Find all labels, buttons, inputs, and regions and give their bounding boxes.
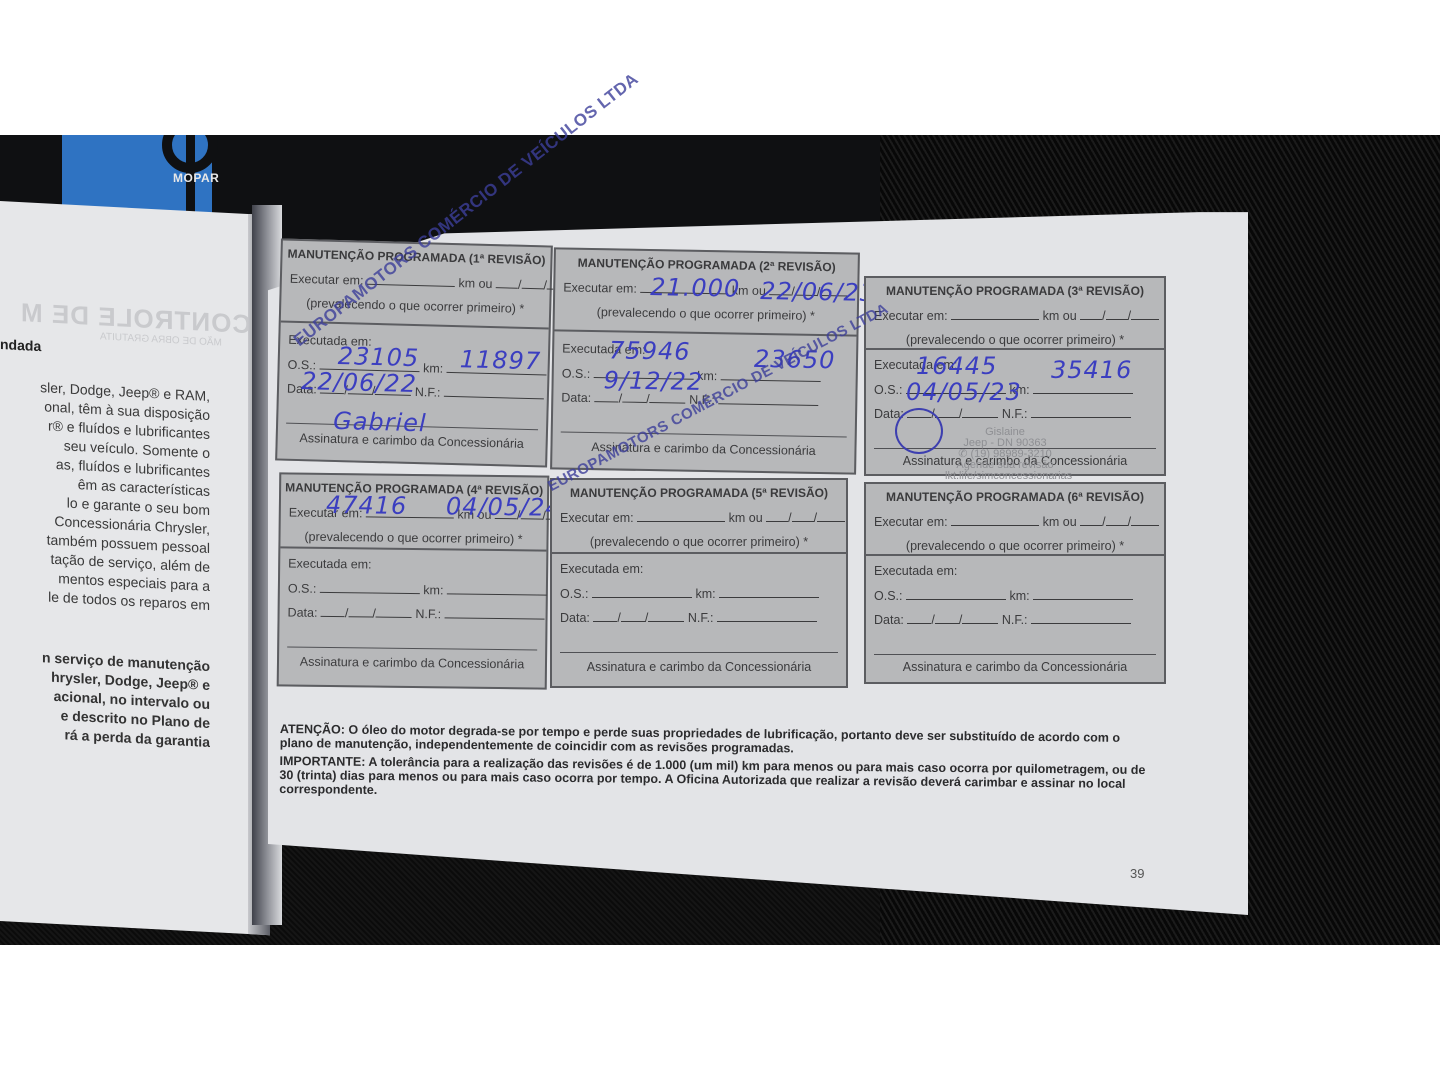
nf-field[interactable] bbox=[717, 610, 817, 622]
revision-card-5: MANUTENÇÃO PROGRAMADA (5ª REVISÃO) Execu… bbox=[550, 478, 848, 688]
paragraph-warranty-warning: n serviço de manutençãohrysler, Dodge, J… bbox=[0, 645, 210, 752]
revision-title: MANUTENÇÃO PROGRAMADA (5ª REVISÃO) bbox=[552, 486, 846, 500]
dealer-stamp-line: lkt.life/simconcessionarias bbox=[945, 471, 1065, 482]
handwritten-km: 35416 bbox=[1051, 356, 1132, 384]
km-field[interactable] bbox=[1033, 588, 1133, 600]
prevailing-note: (prevalecendo o que ocorrer primeiro) * bbox=[866, 333, 1164, 347]
revision-card-6: MANUTENÇÃO PROGRAMADA (6ª REVISÃO) Execu… bbox=[864, 482, 1166, 684]
handwritten-signature: Gabriel bbox=[333, 407, 427, 437]
page-number: 39 bbox=[1130, 866, 1144, 881]
nf-label: N.F.: bbox=[1002, 407, 1028, 421]
handwritten-os: 75946 bbox=[609, 336, 691, 365]
date-month-field[interactable] bbox=[348, 605, 372, 617]
km-or-label: km ou bbox=[458, 276, 492, 291]
nf-field[interactable] bbox=[445, 606, 545, 619]
signature-caption: Assinatura e carimbo da Concessionária bbox=[866, 660, 1164, 674]
handwritten-execute-date: 22/06/23 bbox=[760, 277, 876, 307]
handwritten-os: 16445 bbox=[916, 352, 997, 380]
execute-day-field[interactable] bbox=[1080, 308, 1102, 320]
signature-line bbox=[560, 652, 838, 653]
execute-at-label: Executar em: bbox=[874, 515, 948, 529]
km-or-label: km ou bbox=[1043, 515, 1077, 529]
prevailing-note: (prevalecendo o que ocorrer primeiro) * bbox=[552, 535, 846, 549]
important-note: IMPORTANTE: A tolerância para a realizaç… bbox=[279, 754, 1149, 805]
km-or-label: km ou bbox=[729, 511, 763, 525]
date-nf-row: Data: // N.F.: bbox=[288, 604, 538, 622]
os-km-row: O.S.: km: bbox=[288, 580, 538, 598]
revision-card-2: MANUTENÇÃO PROGRAMADA (2ª REVISÃO) Execu… bbox=[550, 247, 860, 474]
handwritten-km: 11897 bbox=[459, 345, 541, 375]
os-label: O.S.: bbox=[562, 367, 591, 381]
date-year-field[interactable] bbox=[376, 606, 412, 618]
os-field[interactable] bbox=[592, 586, 692, 598]
nf-label: N.F.: bbox=[415, 385, 441, 400]
handwritten-date: 22/06/22 bbox=[301, 367, 417, 398]
executed-at-label: Executada em: bbox=[560, 562, 643, 576]
mopar-wordmark: MOPAR bbox=[173, 171, 219, 185]
date-month-field[interactable] bbox=[621, 610, 645, 622]
signature-caption: Assinatura e carimbo da Concessionária bbox=[552, 660, 846, 674]
date-label: Data: bbox=[561, 390, 591, 405]
date-day-field[interactable] bbox=[593, 610, 617, 622]
execute-km-field[interactable] bbox=[951, 308, 1039, 320]
date-nf-row: Data: // N.F.: bbox=[874, 612, 1156, 627]
date-day-field[interactable] bbox=[907, 612, 931, 624]
execute-month-field[interactable] bbox=[1106, 514, 1128, 526]
km-label: km: bbox=[423, 583, 443, 597]
prevailing-note: (prevalecendo o que ocorrer primeiro) * bbox=[866, 539, 1164, 553]
date-label: Data: bbox=[560, 611, 590, 625]
date-day-field[interactable] bbox=[321, 605, 345, 617]
notes-section: ATENÇÃO: O óleo do motor degrada-se por … bbox=[279, 722, 1150, 809]
date-nf-row: Data: // N.F.: bbox=[560, 610, 838, 625]
executed-at-label: Executada em: bbox=[288, 556, 372, 571]
signature-line bbox=[561, 431, 847, 437]
nf-label: N.F.: bbox=[688, 611, 714, 625]
execute-at-row: Executar em: km ou // bbox=[874, 514, 1156, 529]
execute-day-field[interactable] bbox=[496, 276, 518, 289]
paragraph-genuine-parts: sler, Dodge, Jeep® e RAM,onal, têm à sua… bbox=[0, 375, 210, 615]
dealer-contact-stamp: GislaineJeep - DN 90363✆ (19) 98989-3210… bbox=[945, 427, 1065, 482]
os-label: O.S.: bbox=[560, 587, 588, 601]
section-heading: ndada bbox=[0, 336, 41, 354]
nf-field[interactable] bbox=[1031, 612, 1131, 624]
date-month-field[interactable] bbox=[935, 406, 959, 418]
km-label: km: bbox=[1009, 589, 1029, 603]
revision-card-4: MANUTENÇÃO PROGRAMADA (4ª REVISÃO) Execu… bbox=[277, 472, 550, 689]
signature-scribble bbox=[895, 408, 943, 454]
os-field[interactable] bbox=[320, 581, 420, 594]
execute-at-label: Executar em: bbox=[560, 511, 634, 525]
mopar-logo: MOPAR bbox=[160, 135, 240, 210]
revision-title: MANUTENÇÃO PROGRAMADA (2ª REVISÃO) bbox=[556, 255, 858, 274]
handwritten-date: 04/05/23 bbox=[906, 378, 1022, 406]
prevailing-note: (prevalecendo o que ocorrer primeiro) * bbox=[280, 529, 546, 546]
revision-title: MANUTENÇÃO PROGRAMADA (6ª REVISÃO) bbox=[866, 490, 1164, 504]
nf-label: N.F.: bbox=[1002, 613, 1028, 627]
os-km-row: O.S.: km: bbox=[874, 588, 1156, 603]
execute-at-row: Executar em: km ou // bbox=[874, 308, 1156, 323]
execute-month-field[interactable] bbox=[521, 277, 543, 290]
km-or-label: km ou bbox=[1043, 309, 1077, 323]
date-label: Data: bbox=[874, 613, 904, 627]
nf-label: N.F.: bbox=[415, 607, 441, 621]
prevailing-note: (prevalecendo o que ocorrer primeiro) * bbox=[555, 304, 857, 323]
os-label: O.S.: bbox=[874, 383, 902, 397]
os-km-row: O.S.: km: bbox=[560, 586, 838, 601]
revision-schedule-section: MANUTENÇÃO PROGRAMADA (6ª REVISÃO) Execu… bbox=[866, 484, 1164, 556]
km-label: km: bbox=[695, 587, 715, 601]
execute-day-field[interactable] bbox=[1080, 514, 1102, 526]
date-label: Data: bbox=[288, 605, 318, 619]
os-label: O.S.: bbox=[288, 581, 317, 595]
execute-at-label: Executar em: bbox=[563, 281, 637, 296]
km-field[interactable] bbox=[719, 586, 819, 598]
revision-title: MANUTENÇÃO PROGRAMADA (3ª REVISÃO) bbox=[866, 284, 1164, 298]
execute-at-row: Executar em: km ou // bbox=[560, 510, 838, 525]
execute-km-field[interactable] bbox=[951, 514, 1039, 526]
execute-month-field[interactable] bbox=[1106, 308, 1128, 320]
execute-at-row: Executar em: km ou // bbox=[290, 271, 542, 293]
handwritten-execute-date: 04/05/24 bbox=[446, 492, 562, 521]
os-label: O.S.: bbox=[874, 589, 902, 603]
execute-day-field[interactable] bbox=[766, 510, 788, 522]
execute-year-field[interactable] bbox=[817, 510, 845, 522]
execute-year-field[interactable] bbox=[1131, 308, 1159, 320]
revision-schedule-section: MANUTENÇÃO PROGRAMADA (5ª REVISÃO) Execu… bbox=[552, 480, 846, 554]
revision-schedule-section: MANUTENÇÃO PROGRAMADA (3ª REVISÃO) Execu… bbox=[866, 278, 1164, 350]
left-page: CONTROLE DE M MÃO DE OBRA GRATUITA ndada… bbox=[0, 200, 270, 935]
date-year-field[interactable] bbox=[962, 406, 998, 418]
signature-line bbox=[287, 646, 537, 650]
executed-at-label: Executada em: bbox=[874, 564, 957, 578]
signature-caption: Assinatura e carimbo da Concessionária bbox=[279, 654, 545, 671]
km-label: km: bbox=[423, 361, 444, 376]
execute-year-field[interactable] bbox=[1131, 514, 1159, 526]
handwritten-execute-km: 21.000 bbox=[650, 273, 740, 303]
nf-field[interactable] bbox=[1031, 406, 1131, 418]
date-year-field[interactable] bbox=[962, 612, 998, 624]
revision-card-1: MANUTENÇÃO PROGRAMADA (1ª REVISÃO) Execu… bbox=[275, 238, 553, 467]
km-field[interactable] bbox=[447, 582, 547, 595]
execute-month-field[interactable] bbox=[792, 510, 814, 522]
execute-km-field[interactable] bbox=[637, 510, 725, 522]
date-year-field[interactable] bbox=[648, 610, 684, 622]
signature-line bbox=[874, 654, 1156, 655]
handwritten-date: 9/12/22 bbox=[603, 366, 703, 396]
date-month-field[interactable] bbox=[935, 612, 959, 624]
nf-field[interactable] bbox=[444, 385, 544, 400]
os-field[interactable] bbox=[906, 588, 1006, 600]
handwritten-execute-km: 47416 bbox=[326, 491, 408, 520]
